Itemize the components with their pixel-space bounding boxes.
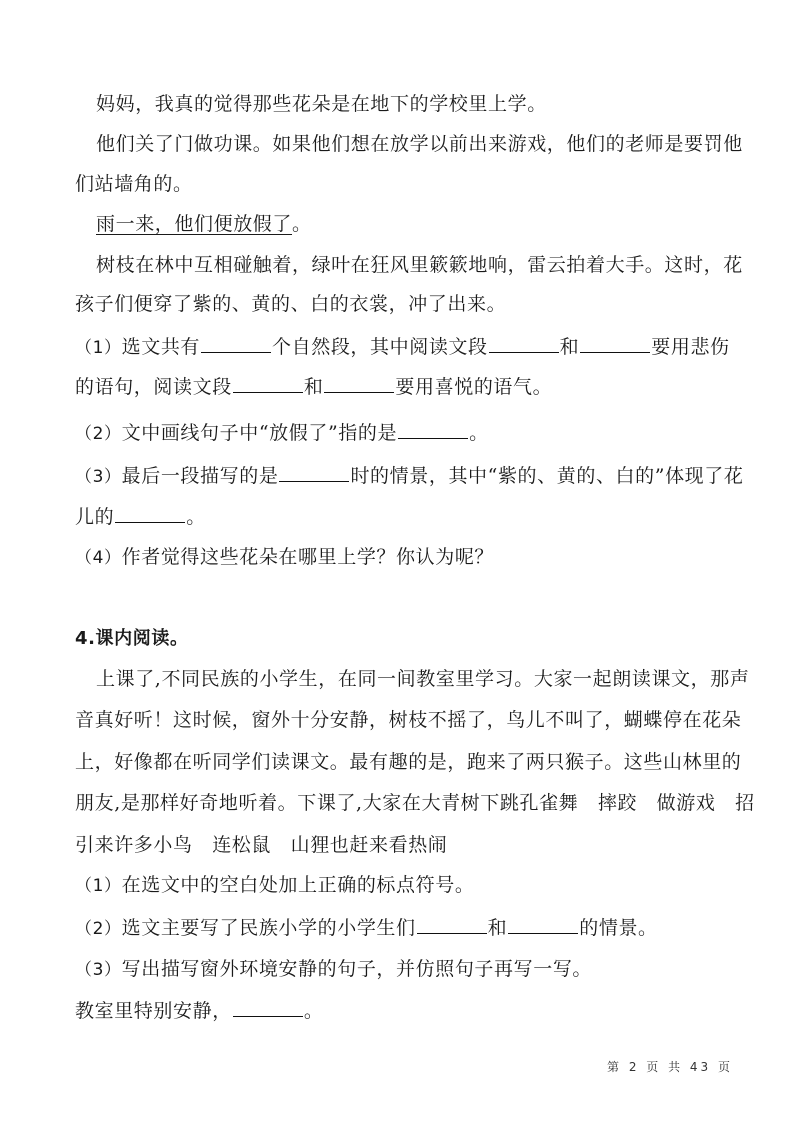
answer-blank[interactable]: [398, 420, 468, 439]
question-text: 最后一段描写的是: [122, 465, 279, 487]
question-number: （1）: [75, 338, 122, 358]
passage-paragraph: 他们关了门做功课。如果他们想在放学以前出来游戏，他们的老师是要罚他: [96, 132, 743, 156]
question-3-continued: 儿的。: [75, 504, 206, 529]
question-text: 和: [304, 376, 324, 398]
question-text: 要用悲伤: [651, 336, 729, 358]
answer-blank[interactable]: [580, 334, 650, 353]
question-4: （4）作者觉得这些花朵在哪里上学？你认为呢？: [75, 545, 494, 570]
passage-paragraph: 音真好听！这时候，窗外十分安静，树枝不摇了，鸟儿不叫了，蝴蝶停在花朵: [75, 708, 741, 732]
section-heading: 4.课内阅读。: [75, 627, 189, 651]
answer-blank[interactable]: [417, 915, 487, 934]
question-text: 文中画线句子中“放假了”指的是: [122, 422, 397, 444]
question-number: （4）: [75, 548, 122, 568]
answer-blank[interactable]: [201, 334, 271, 353]
question-number: （3）: [75, 960, 122, 980]
question-text: 教室里特别安静，: [75, 1000, 232, 1022]
passage-paragraph: 树枝在林中互相碰触着，绿叶在狂风里簌簌地响，雷云拍着大手。这时，花: [96, 253, 743, 277]
answer-blank[interactable]: [508, 915, 578, 934]
question-number: （2）: [75, 919, 122, 939]
question-number: （1）: [75, 876, 122, 896]
question-text: 要用喜悦的语气。: [395, 376, 552, 398]
answer-blank[interactable]: [115, 504, 185, 523]
question-text: 。: [186, 506, 206, 528]
question-text: 的语句，阅读文段: [75, 376, 232, 398]
answer-blank[interactable]: [279, 463, 349, 482]
question-text: 选文共有: [122, 336, 200, 358]
question-text: 选文主要写了民族小学的小学生们: [122, 917, 416, 939]
answer-blank[interactable]: [233, 998, 303, 1017]
question-number: （3）: [75, 467, 122, 487]
question-text: 写出描写窗外环境安静的句子，并仿照句子再写一写。: [122, 958, 592, 980]
s4-question-3: （3）写出描写窗外环境安静的句子，并仿照句子再写一写。: [75, 957, 592, 982]
passage-paragraph: 引来许多小鸟 连松鼠 山狸也赶来看热闹: [75, 833, 447, 857]
answer-blank[interactable]: [324, 374, 394, 393]
page-number: 第 2 页 共 43 页: [607, 1058, 733, 1075]
question-text: 在选文中的空白处加上正确的标点符号。: [122, 874, 475, 896]
passage-paragraph: 孩子们便穿了紫的、黄的、白的衣裳，冲了出来。: [75, 292, 506, 316]
s4-question-1: （1）在选文中的空白处加上正确的标点符号。: [75, 873, 474, 898]
s4-question-2: （2）选文主要写了民族小学的小学生们和的情景。: [75, 915, 658, 941]
question-2: （2）文中画线句子中“放假了”指的是。: [75, 420, 489, 446]
question-number: （2）: [75, 424, 122, 444]
answer-blank[interactable]: [233, 374, 303, 393]
underlined-sentence: 雨一来，他们便放假了。: [96, 212, 312, 236]
question-text: 。: [304, 1000, 324, 1022]
question-text: 个自然段，其中阅读文段: [272, 336, 488, 358]
underlined-text: 雨一来，他们便放假了: [96, 213, 292, 235]
question-text: 儿的: [75, 506, 114, 528]
question-text: 。: [469, 422, 489, 444]
answer-blank[interactable]: [489, 334, 559, 353]
passage-paragraph: 朋友,是那样好奇地听着。下课了,大家在大青树下跳孔雀舞 摔跤 做游戏 招: [75, 791, 755, 815]
question-text: 和: [488, 917, 508, 939]
question-text: 的情景。: [579, 917, 657, 939]
passage-paragraph: 上，好像都在听同学们读课文。最有趣的是，跑来了两只猴子。这些山林里的: [75, 750, 741, 774]
question-3: （3）最后一段描写的是时的情景，其中“紫的、黄的、白的”体现了花: [75, 463, 743, 489]
s4-answer-line: 教室里特别安静，。: [75, 998, 323, 1023]
period: 。: [292, 213, 312, 235]
question-1: （1）选文共有个自然段，其中阅读文段和要用悲伤: [75, 334, 730, 360]
question-text: 和: [560, 336, 580, 358]
question-text: 作者觉得这些花朵在哪里上学？你认为呢？: [122, 546, 494, 568]
question-text: 时的情景，其中“紫的、黄的、白的”体现了花: [350, 465, 743, 487]
question-1-continued: 的语句，阅读文段和要用喜悦的语气。: [75, 374, 552, 399]
passage-paragraph: 们站墙角的。: [75, 172, 193, 196]
passage-paragraph: 妈妈，我真的觉得那些花朵是在地下的学校里上学。: [96, 92, 547, 116]
passage-paragraph: 上课了,不同民族的小学生，在同一间教室里学习。大家一起朗读课文，那声: [96, 667, 749, 691]
